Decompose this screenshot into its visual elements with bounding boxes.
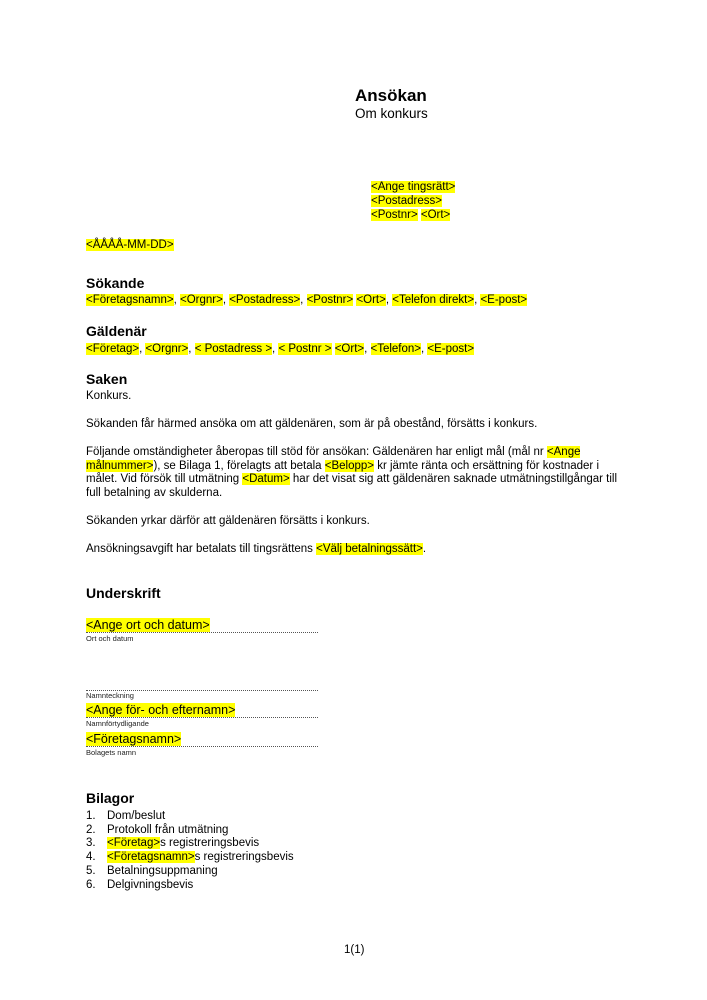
signature-label: Namnteckning — [86, 691, 134, 700]
text: . — [423, 543, 426, 555]
sokande-city-field[interactable]: <Ort> — [356, 294, 385, 306]
saken-paragraph-2: Följande omständigheter åberopas till st… — [86, 446, 626, 500]
place-date-label: Ort och datum — [86, 634, 134, 643]
galdenar-orgnr-field[interactable]: <Orgnr> — [145, 343, 188, 355]
galdenar-city-field[interactable]: <Ort> — [335, 343, 364, 355]
name-line — [86, 707, 318, 718]
list-text: Dom/beslut — [107, 810, 165, 824]
date-field[interactable]: <ÅÅÅÅ-MM-DD> — [86, 239, 174, 251]
heading-sokande: Sökande — [86, 275, 144, 292]
list-number: 4. — [86, 851, 107, 865]
list-item: 5.Betalningsuppmaning — [86, 865, 294, 879]
galdenar-phone-field[interactable]: <Telefon> — [371, 343, 422, 355]
list-number: 2. — [86, 824, 107, 838]
list-item: 6.Delgivningsbevis — [86, 879, 294, 893]
list-item: 3.<Företag>s registreringsbevis — [86, 837, 294, 851]
city-field[interactable]: <Ort> — [421, 209, 450, 221]
sokande-email-field[interactable]: <E-post> — [480, 294, 527, 306]
list-text: Protokoll från utmätning — [107, 824, 228, 838]
list-number: 1. — [86, 810, 107, 824]
list-number: 6. — [86, 879, 107, 893]
list-item: 2.Protokoll från utmätning — [86, 824, 294, 838]
attachment-company-field[interactable]: <Företag> — [107, 837, 160, 849]
saken-line: Konkurs. — [86, 390, 626, 404]
postal-code-field[interactable]: <Postnr> — [371, 209, 418, 221]
document-title: Ansökan — [355, 86, 427, 106]
list-text: s registreringsbevis — [160, 837, 259, 849]
name-label: Namnförtydligande — [86, 719, 149, 728]
sokande-fields: <Företagsnamn>, <Orgnr>, <Postadress>, <… — [86, 294, 626, 308]
list-text: Delgivningsbevis — [107, 879, 193, 893]
saken-paragraph-3: Sökanden yrkar därför att gäldenären för… — [86, 515, 626, 529]
amount-field[interactable]: <Belopp> — [325, 460, 374, 472]
attachment-company-name-field[interactable]: <Företagsnamn> — [107, 851, 195, 863]
list-text: Betalningsuppmaning — [107, 865, 218, 879]
attachments-list: 1.Dom/beslut 2.Protokoll från utmätning … — [86, 810, 294, 892]
address-field[interactable]: <Postadress> — [371, 195, 442, 207]
text: Ansökningsavgift har betalats till tings… — [86, 543, 316, 555]
page-number: 1(1) — [344, 944, 364, 956]
list-text: s registreringsbevis — [195, 851, 294, 863]
sokande-company-field[interactable]: <Företagsnamn> — [86, 294, 174, 306]
heading-bilagor: Bilagor — [86, 790, 134, 807]
galdenar-email-field[interactable]: <E-post> — [427, 343, 474, 355]
heading-saken: Saken — [86, 371, 127, 388]
galdenar-postnr-field[interactable]: < Postnr > — [278, 343, 331, 355]
recipient-address: <Ange tingsrätt> <Postadress> <Postnr> <… — [371, 180, 455, 222]
galdenar-fields: <Företag>, <Orgnr>, < Postadress >, < Po… — [86, 343, 626, 357]
list-item: 1.Dom/beslut — [86, 810, 294, 824]
document-subtitle: Om konkurs — [355, 106, 428, 122]
list-item: 4.<Företagsnamn>s registreringsbevis — [86, 851, 294, 865]
sokande-phone-field[interactable]: <Telefon direkt> — [392, 294, 474, 306]
text: ), se Bilaga 1, förelagts att betala — [153, 460, 324, 472]
heading-galdenar: Gäldenär — [86, 323, 147, 340]
text: Följande omständigheter åberopas till st… — [86, 446, 547, 458]
saken-paragraph-1: Sökanden får härmed ansöka om att gälden… — [86, 418, 626, 432]
place-date-line — [86, 622, 318, 633]
sokande-postnr-field[interactable]: <Postnr> — [307, 294, 354, 306]
heading-underskrift: Underskrift — [86, 585, 161, 602]
signature-line[interactable] — [86, 680, 318, 691]
galdenar-company-field[interactable]: <Företag> — [86, 343, 139, 355]
list-number: 5. — [86, 865, 107, 879]
list-number: 3. — [86, 837, 107, 851]
seizure-date-field[interactable]: <Datum> — [242, 473, 289, 485]
sokande-address-field[interactable]: <Postadress> — [229, 294, 300, 306]
saken-paragraph-4: Ansökningsavgift har betalats till tings… — [86, 543, 626, 557]
company-label: Bolagets namn — [86, 748, 136, 757]
galdenar-address-field[interactable]: < Postadress > — [195, 343, 272, 355]
payment-method-field[interactable]: <Välj betalningssätt> — [316, 543, 423, 555]
date-line: <ÅÅÅÅ-MM-DD> — [86, 238, 174, 252]
court-field[interactable]: <Ange tingsrätt> — [371, 181, 455, 193]
company-line — [86, 736, 318, 747]
sokande-orgnr-field[interactable]: <Orgnr> — [180, 294, 223, 306]
